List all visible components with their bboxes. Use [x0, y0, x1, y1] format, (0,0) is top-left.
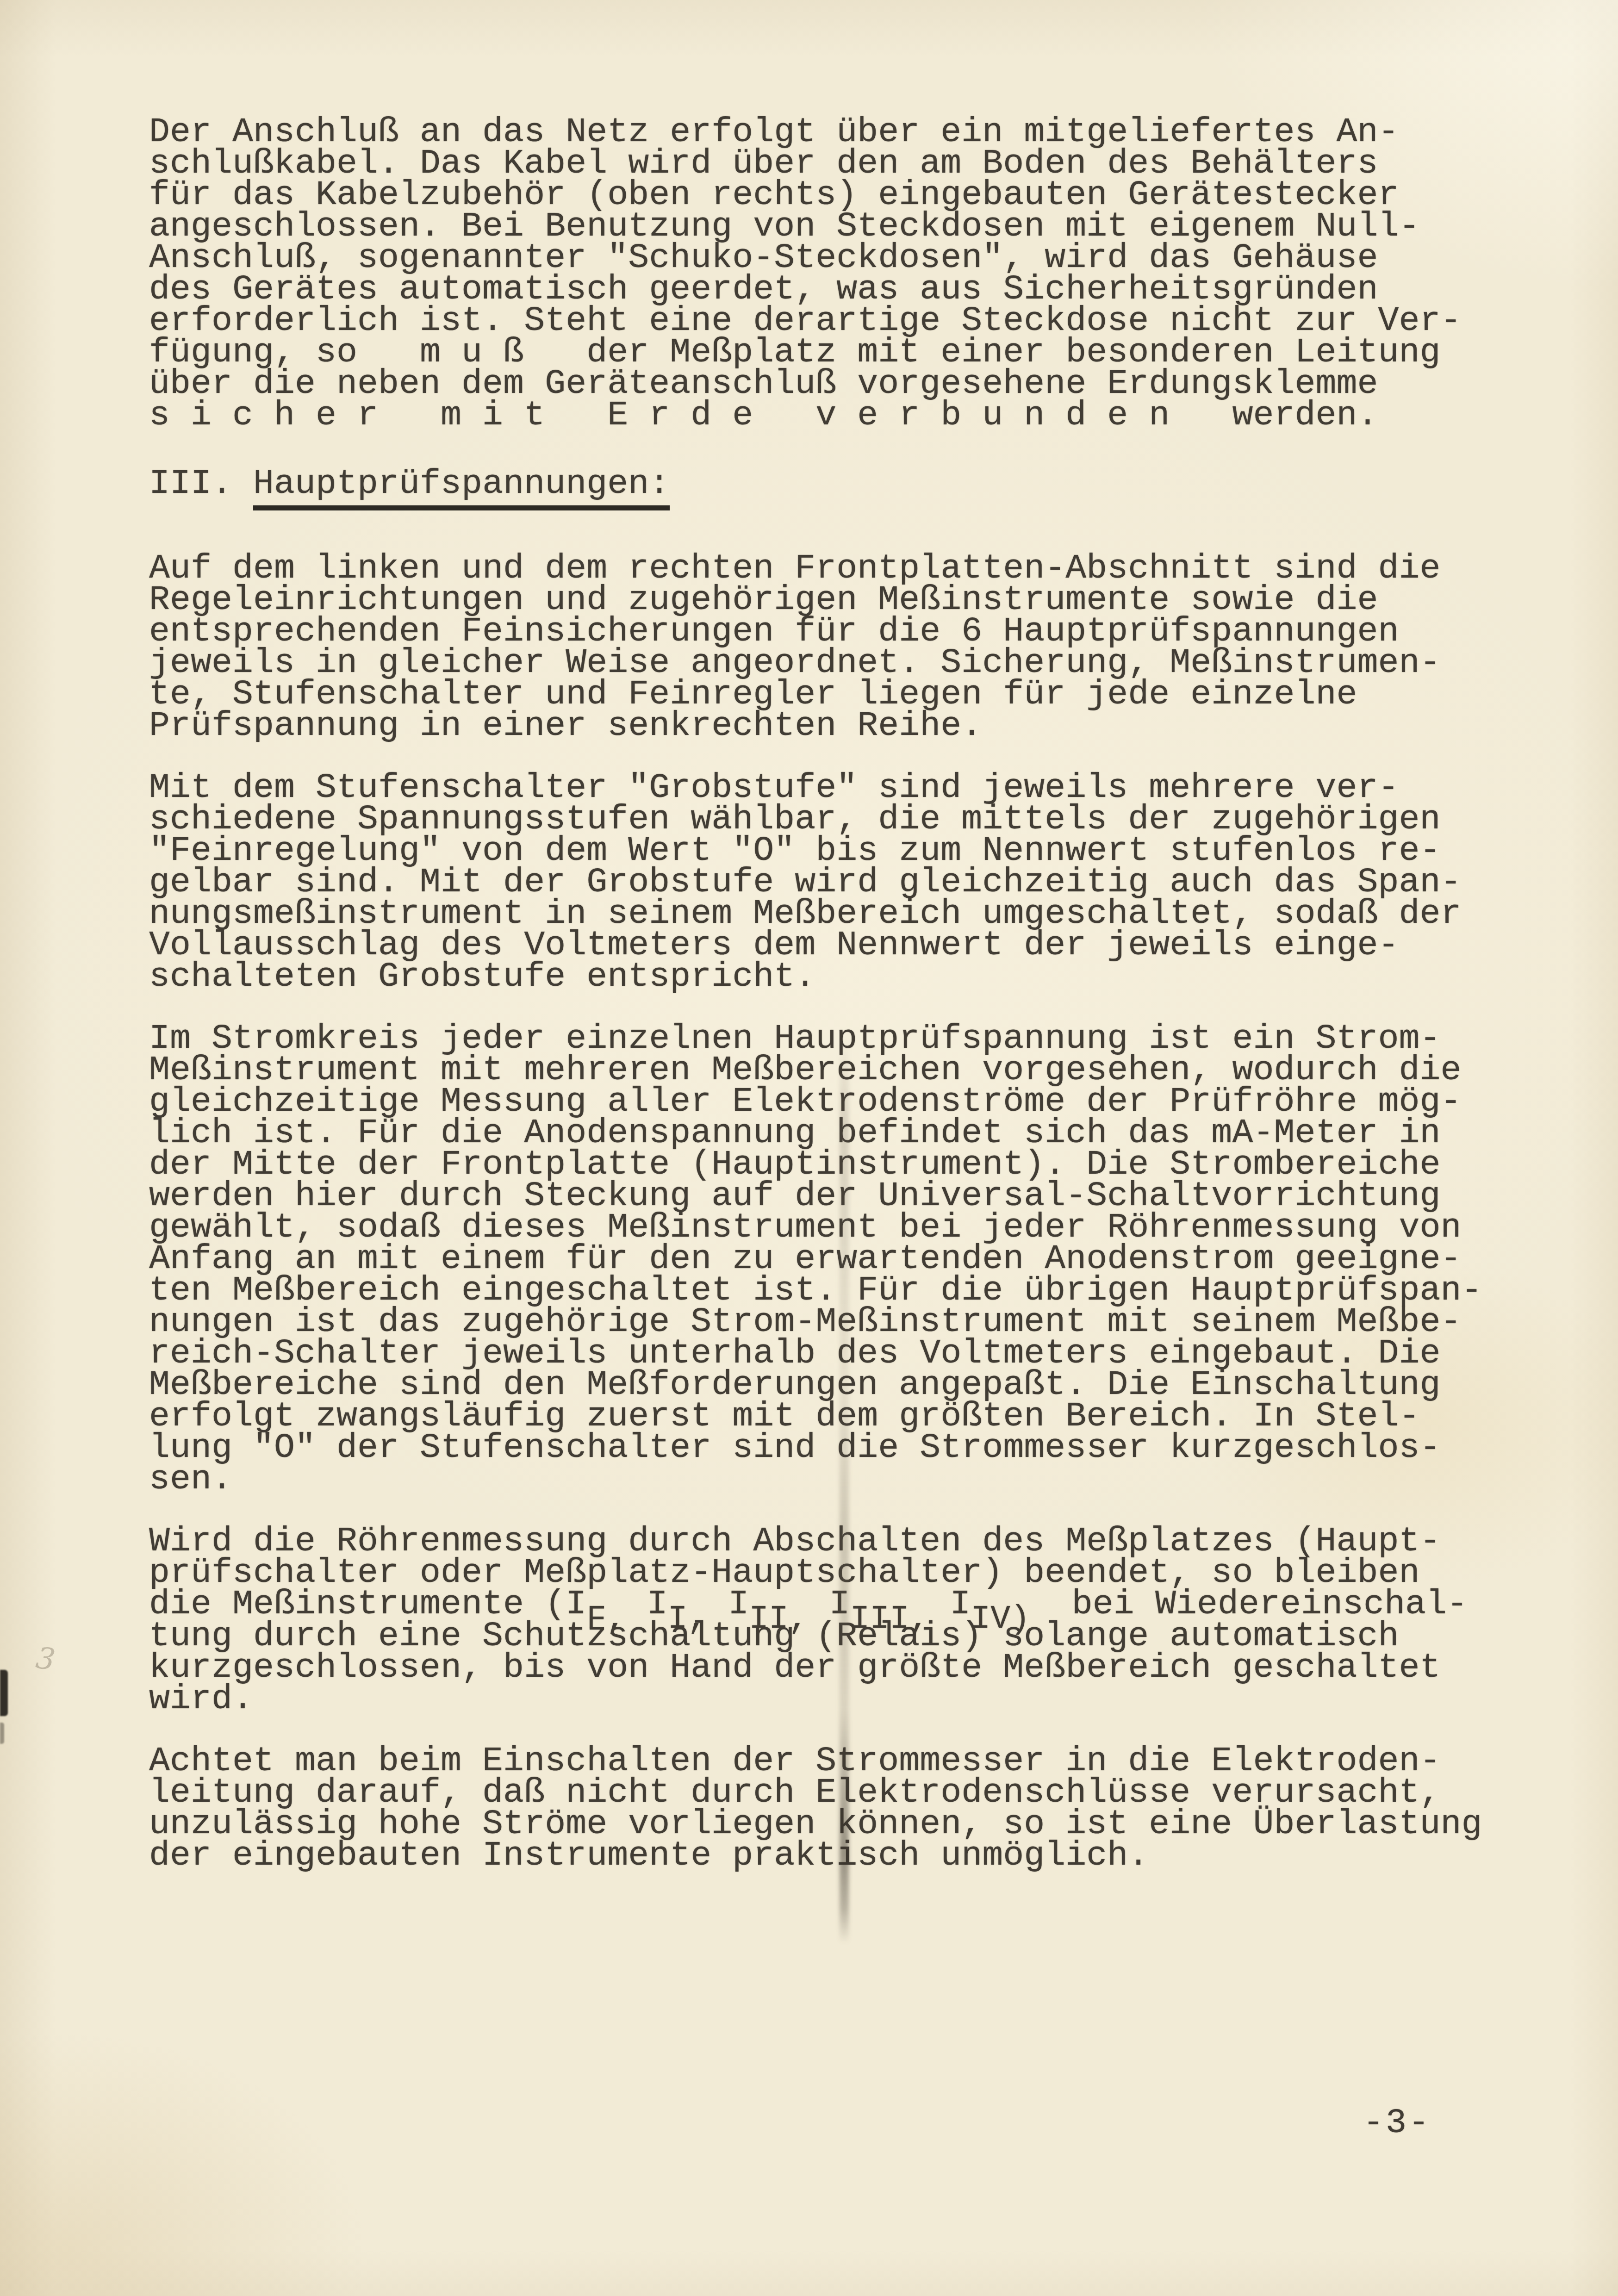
- text-line: Meßbereiche sind den Meßforderungen ange…: [149, 1369, 1489, 1401]
- text-segment: III.: [149, 464, 253, 504]
- text-line: schlußkabel. Das Kabel wird über den am …: [149, 148, 1489, 180]
- text-line: te, Stufenschalter und Feinregler liegen…: [149, 679, 1489, 710]
- text-line: nungsmeßinstrument in seinem Meßbereich …: [149, 898, 1489, 930]
- text-line: wird.: [149, 1684, 1489, 1715]
- paragraph: Der Anschluß an das Netz erfolgt über ei…: [149, 117, 1489, 431]
- text-line: ten Meßbereich eingeschaltet ist. Für di…: [149, 1275, 1489, 1307]
- text-line: Prüfspannung in einer senkrechten Reihe.: [149, 710, 1489, 742]
- text-line: Wird die Röhrenmessung durch Abschalten …: [149, 1526, 1489, 1557]
- text-line: der Mitte der Frontplatte (Hauptinstrume…: [149, 1149, 1489, 1181]
- document-page: Der Anschluß an das Netz erfolgt über ei…: [0, 0, 1618, 2296]
- text-line: unzulässig hohe Ströme vorliegen können,…: [149, 1809, 1489, 1840]
- section-heading: III. Hauptprüfspannungen:: [149, 468, 1489, 510]
- text-line: lich ist. Für die Anodenspannung befinde…: [149, 1118, 1489, 1149]
- page-number: -3-: [1363, 2103, 1431, 2143]
- text-line: leitung darauf, daß nicht durch Elektrod…: [149, 1777, 1489, 1809]
- text-line: Meßinstrument mit mehreren Meßbereichen …: [149, 1055, 1489, 1086]
- subscript-text: F,: [586, 1601, 626, 1638]
- text-line: schalteten Grobstufe entspricht.: [149, 961, 1489, 993]
- text-line: III. Hauptprüfspannungen:: [149, 468, 1489, 510]
- text-line: nungen ist das zugehörige Strom-Meßinstr…: [149, 1307, 1489, 1338]
- text-line: Mit dem Stufenschalter "Grobstufe" sind …: [149, 772, 1489, 804]
- text-line: jeweils in gleicher Weise angeordnet. Si…: [149, 647, 1489, 679]
- text-line: gewählt, sodaß dieses Meßinstrument bei …: [149, 1212, 1489, 1244]
- text-line: für das Kabelzubehör (oben rechts) einge…: [149, 180, 1489, 211]
- text-line: erforderlich ist. Steht eine derartige S…: [149, 305, 1489, 337]
- paragraph: Achtet man beim Einschalten der Strommes…: [149, 1746, 1489, 1872]
- text-line: der eingebauten Instrumente praktisch un…: [149, 1840, 1489, 1872]
- text-line: die Meßinstrumente (IF, II, III, IIII, I…: [149, 1589, 1489, 1621]
- text-line: lung "O" der Stufenschalter sind die Str…: [149, 1432, 1489, 1464]
- paragraph: Wird die Röhrenmessung durch Abschalten …: [149, 1526, 1489, 1715]
- text-line: Vollausschlag des Voltmeters dem Nennwer…: [149, 930, 1489, 961]
- typewritten-text: Der Anschluß an das Netz erfolgt über ei…: [149, 117, 1489, 1902]
- text-line: Regeleinrichtungen und zugehörigen Meßin…: [149, 585, 1489, 616]
- pencil-mark: 3: [34, 1641, 57, 1678]
- scan-fold-artifact: [840, 1037, 849, 1944]
- text-line: angeschlossen. Bei Benutzung von Steckdo…: [149, 211, 1489, 243]
- text-line: schiedene Spannungsstufen wählbar, die m…: [149, 804, 1489, 835]
- text-line: s i c h e r m i t E r d e v e r b u n d …: [149, 400, 1489, 431]
- text-line: Anfang an mit einem für den zu erwartend…: [149, 1244, 1489, 1275]
- paragraph: Im Stromkreis jeder einzelnen Hauptprüfs…: [149, 1023, 1489, 1495]
- text-line: Anschluß, sogenannter "Schuko-Steckdosen…: [149, 243, 1489, 274]
- subscript-text: II,: [749, 1601, 808, 1638]
- text-line: werden hier durch Steckung auf der Unive…: [149, 1181, 1489, 1212]
- text-line: gelbar sind. Mit der Grobstufe wird glei…: [149, 867, 1489, 898]
- underlined-text: Hauptprüfspannungen:: [253, 468, 670, 510]
- text-line: Der Anschluß an das Netz erfolgt über ei…: [149, 117, 1489, 148]
- text-line: reich-Schalter jeweils unterhalb des Vol…: [149, 1338, 1489, 1369]
- scan-edge-mark: [0, 1670, 8, 1716]
- text-line: prüfschalter oder Meßplatz-Hauptschalter…: [149, 1557, 1489, 1589]
- subscript-text: I,: [668, 1601, 708, 1638]
- subscript-text: III,: [850, 1601, 929, 1638]
- scan-edge-mark-small: [0, 1723, 4, 1744]
- text-line: "Feinregelung" von dem Wert "O" bis zum …: [149, 835, 1489, 867]
- text-line: Achtet man beim Einschalten der Strommes…: [149, 1746, 1489, 1777]
- paragraph: Auf dem linken und dem rechten Frontplat…: [149, 553, 1489, 742]
- subscript-text: IV): [971, 1601, 1030, 1638]
- text-line: Auf dem linken und dem rechten Frontplat…: [149, 553, 1489, 585]
- text-line: entsprechenden Feinsicherungen für die 6…: [149, 616, 1489, 647]
- paragraph: Mit dem Stufenschalter "Grobstufe" sind …: [149, 772, 1489, 993]
- text-line: des Gerätes automatisch geerdet, was aus…: [149, 274, 1489, 305]
- text-line: kurzgeschlossen, bis von Hand der größte…: [149, 1652, 1489, 1684]
- text-line: erfolgt zwangsläufig zuerst mit dem größ…: [149, 1401, 1489, 1432]
- text-line: über die neben dem Geräteanschluß vorges…: [149, 368, 1489, 400]
- text-line: fügung, so m u ß der Meßplatz mit einer …: [149, 337, 1489, 368]
- text-line: gleichzeitige Messung aller Elektrodenst…: [149, 1086, 1489, 1118]
- text-line: tung durch eine Schutzschaltung (Relais)…: [149, 1621, 1489, 1652]
- text-line: Im Stromkreis jeder einzelnen Hauptprüfs…: [149, 1023, 1489, 1055]
- text-line: sen.: [149, 1464, 1489, 1495]
